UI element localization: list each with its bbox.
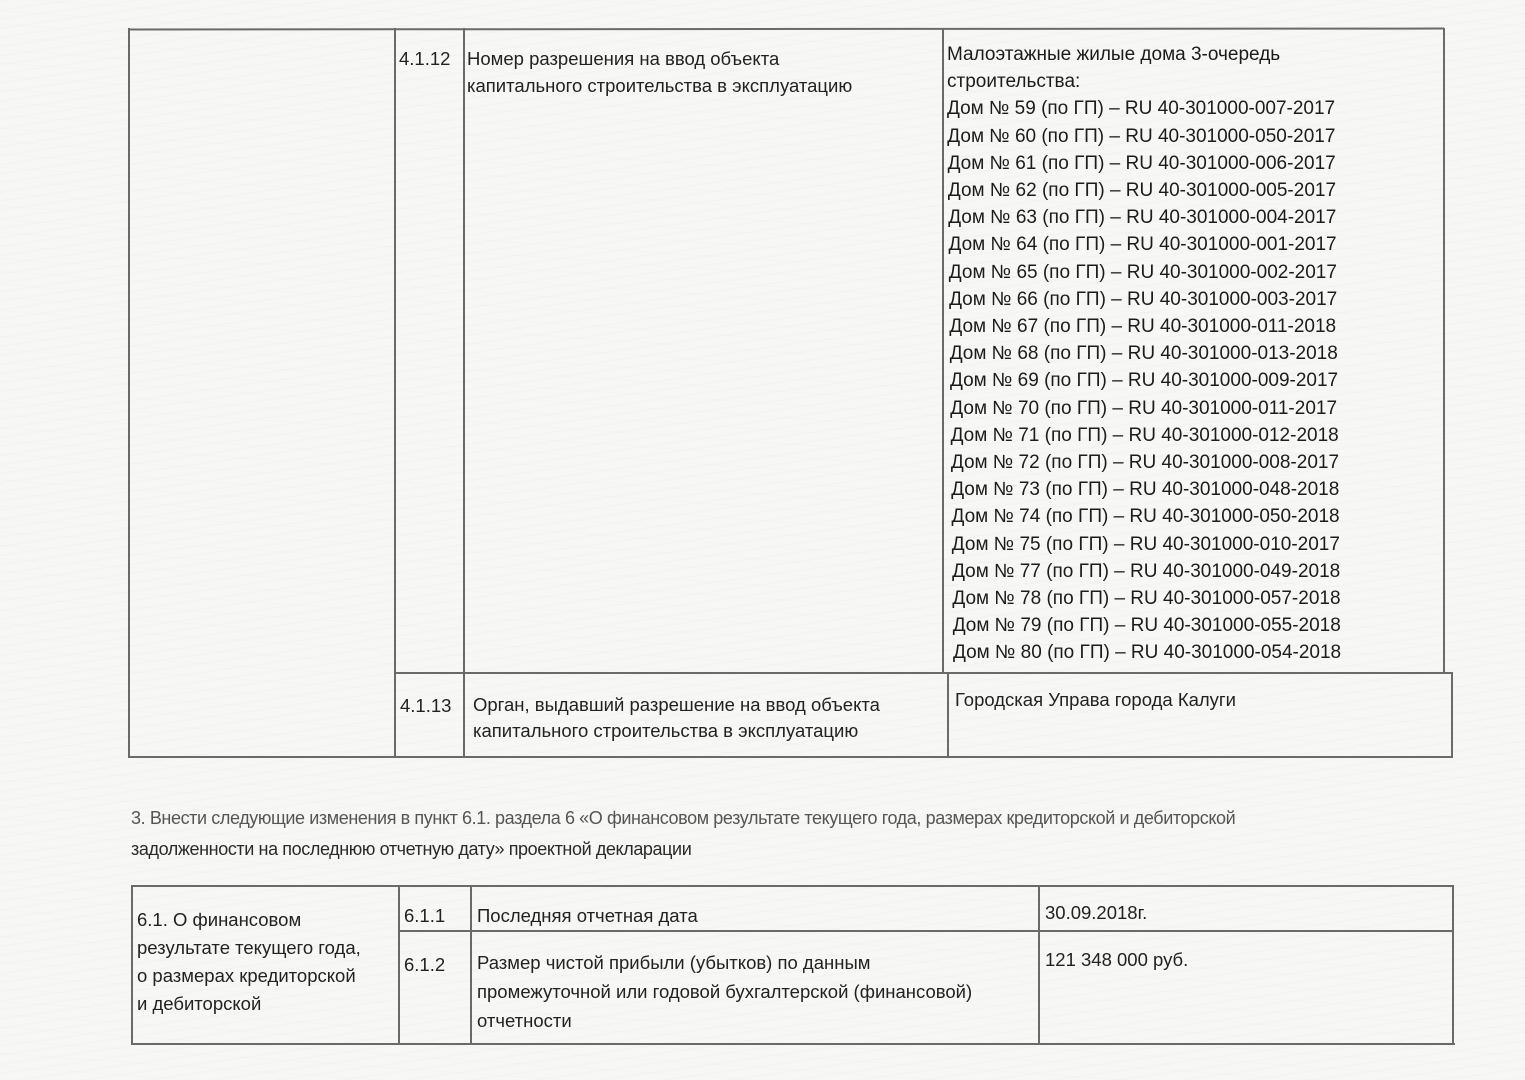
permit-item: Дом № 75 (по ГП) – RU 40-301000-010-2017	[947, 531, 1341, 558]
row-label-line: капитального строительства в эксплуатаци…	[473, 718, 880, 744]
col-divider	[470, 885, 472, 1044]
row-label-line: капитального строительства в эксплуатаци…	[467, 72, 852, 99]
permit-item: Дом № 59 (по ГП) – RU 40-301000-007-2017	[947, 95, 1341, 122]
row-label-line: промежуточной или годовой бухгалтерской …	[477, 977, 972, 1006]
permit-list: Малоэтажные жилые дома 3-очередь строите…	[947, 41, 1341, 667]
col-divider	[394, 28, 396, 757]
row-label: Орган, выдавший разрешение на ввод объек…	[473, 692, 880, 744]
permit-item: Дом № 77 (по ГП) – RU 40-301000-049-2018	[947, 558, 1341, 585]
table-border-bottom	[128, 756, 1453, 758]
row-divider	[394, 672, 1452, 674]
row-value: Городская Управа города Калуги	[955, 686, 1236, 713]
permit-item: Дом № 71 (по ГП) – RU 40-301000-012-2018	[947, 422, 1341, 449]
table-border-right	[1451, 672, 1453, 757]
permit-item: Дом № 70 (по ГП) – RU 40-301000-011-2017	[947, 395, 1341, 422]
permit-item: Дом № 67 (по ГП) – RU 40-301000-011-2018	[947, 313, 1341, 340]
table-border-bottom	[131, 1043, 1455, 1045]
row-label: Номер разрешения на ввод объекта капитал…	[467, 45, 852, 99]
row-label-line: Номер разрешения на ввод объекта	[467, 45, 852, 72]
col-divider	[947, 672, 949, 757]
permit-item: Дом № 62 (по ГП) – RU 40-301000-005-2017	[947, 177, 1341, 204]
row-label-line: Орган, выдавший разрешение на ввод объек…	[473, 692, 880, 718]
permit-item: Дом № 80 (по ГП) – RU 40-301000-054-2018	[947, 639, 1341, 666]
paragraph-3-line: задолженности на последнюю отчетную дату…	[131, 836, 691, 863]
table-border-left	[131, 885, 133, 1044]
permit-item: Дом № 63 (по ГП) – RU 40-301000-004-2017	[947, 204, 1341, 231]
permit-item: Дом № 79 (по ГП) – RU 40-301000-055-2018	[947, 612, 1341, 639]
section-label-line: о размерах кредиторской	[137, 962, 361, 990]
col-divider	[942, 28, 944, 673]
row-number: 4.1.12	[399, 45, 450, 72]
row-divider	[398, 930, 1453, 932]
permit-item: Дом № 60 (по ГП) – RU 40-301000-050-2017	[947, 123, 1341, 150]
row-label-line: отчетности	[477, 1006, 972, 1035]
row-number: 6.1.2	[404, 951, 445, 978]
table-border-top	[131, 885, 1453, 887]
permit-item: Дом № 74 (по ГП) – RU 40-301000-050-2018	[947, 503, 1341, 530]
permit-heading: Малоэтажные жилые дома 3-очередь	[947, 41, 1341, 68]
table-border-top	[128, 28, 1444, 30]
section-label-line: результате текущего года,	[137, 934, 361, 962]
table-border-left	[128, 28, 130, 757]
table-border-right	[1452, 885, 1454, 1044]
permit-heading: строительства:	[947, 68, 1341, 95]
col-divider	[463, 28, 465, 757]
row-value: 30.09.2018г.	[1045, 899, 1147, 926]
col-divider	[1038, 885, 1040, 1044]
paragraph-3-line: 3. Внести следующие изменения в пункт 6.…	[131, 805, 1235, 832]
permit-item: Дом № 69 (по ГП) – RU 40-301000-009-2017	[947, 367, 1341, 394]
table-border-right	[1443, 28, 1445, 673]
permit-item: Дом № 65 (по ГП) – RU 40-301000-002-2017	[947, 259, 1341, 286]
row-label-line: Размер чистой прибыли (убытков) по данны…	[477, 948, 972, 977]
permit-item: Дом № 73 (по ГП) – RU 40-301000-048-2018	[947, 476, 1341, 503]
permit-rows: Дом № 59 (по ГП) – RU 40-301000-007-2017…	[947, 95, 1341, 666]
row-number: 4.1.13	[400, 692, 451, 719]
col-divider	[398, 885, 400, 1044]
permit-item: Дом № 78 (по ГП) – RU 40-301000-057-2018	[947, 585, 1341, 612]
row-label: Последняя отчетная дата	[477, 902, 698, 929]
section-label-line: и дебиторской	[137, 990, 361, 1018]
row-value: 121 348 000 руб.	[1045, 946, 1188, 973]
permit-item: Дом № 68 (по ГП) – RU 40-301000-013-2018	[947, 340, 1341, 367]
section-label: 6.1. О финансовом результате текущего го…	[137, 906, 361, 1018]
permit-item: Дом № 72 (по ГП) – RU 40-301000-008-2017	[947, 449, 1341, 476]
section-label-line: 6.1. О финансовом	[137, 906, 361, 934]
permit-item: Дом № 66 (по ГП) – RU 40-301000-003-2017	[947, 286, 1341, 313]
row-number: 6.1.1	[404, 902, 445, 929]
permit-item: Дом № 61 (по ГП) – RU 40-301000-006-2017	[947, 150, 1341, 177]
permit-item: Дом № 64 (по ГП) – RU 40-301000-001-2017	[947, 231, 1341, 258]
row-label: Размер чистой прибыли (убытков) по данны…	[477, 948, 972, 1035]
